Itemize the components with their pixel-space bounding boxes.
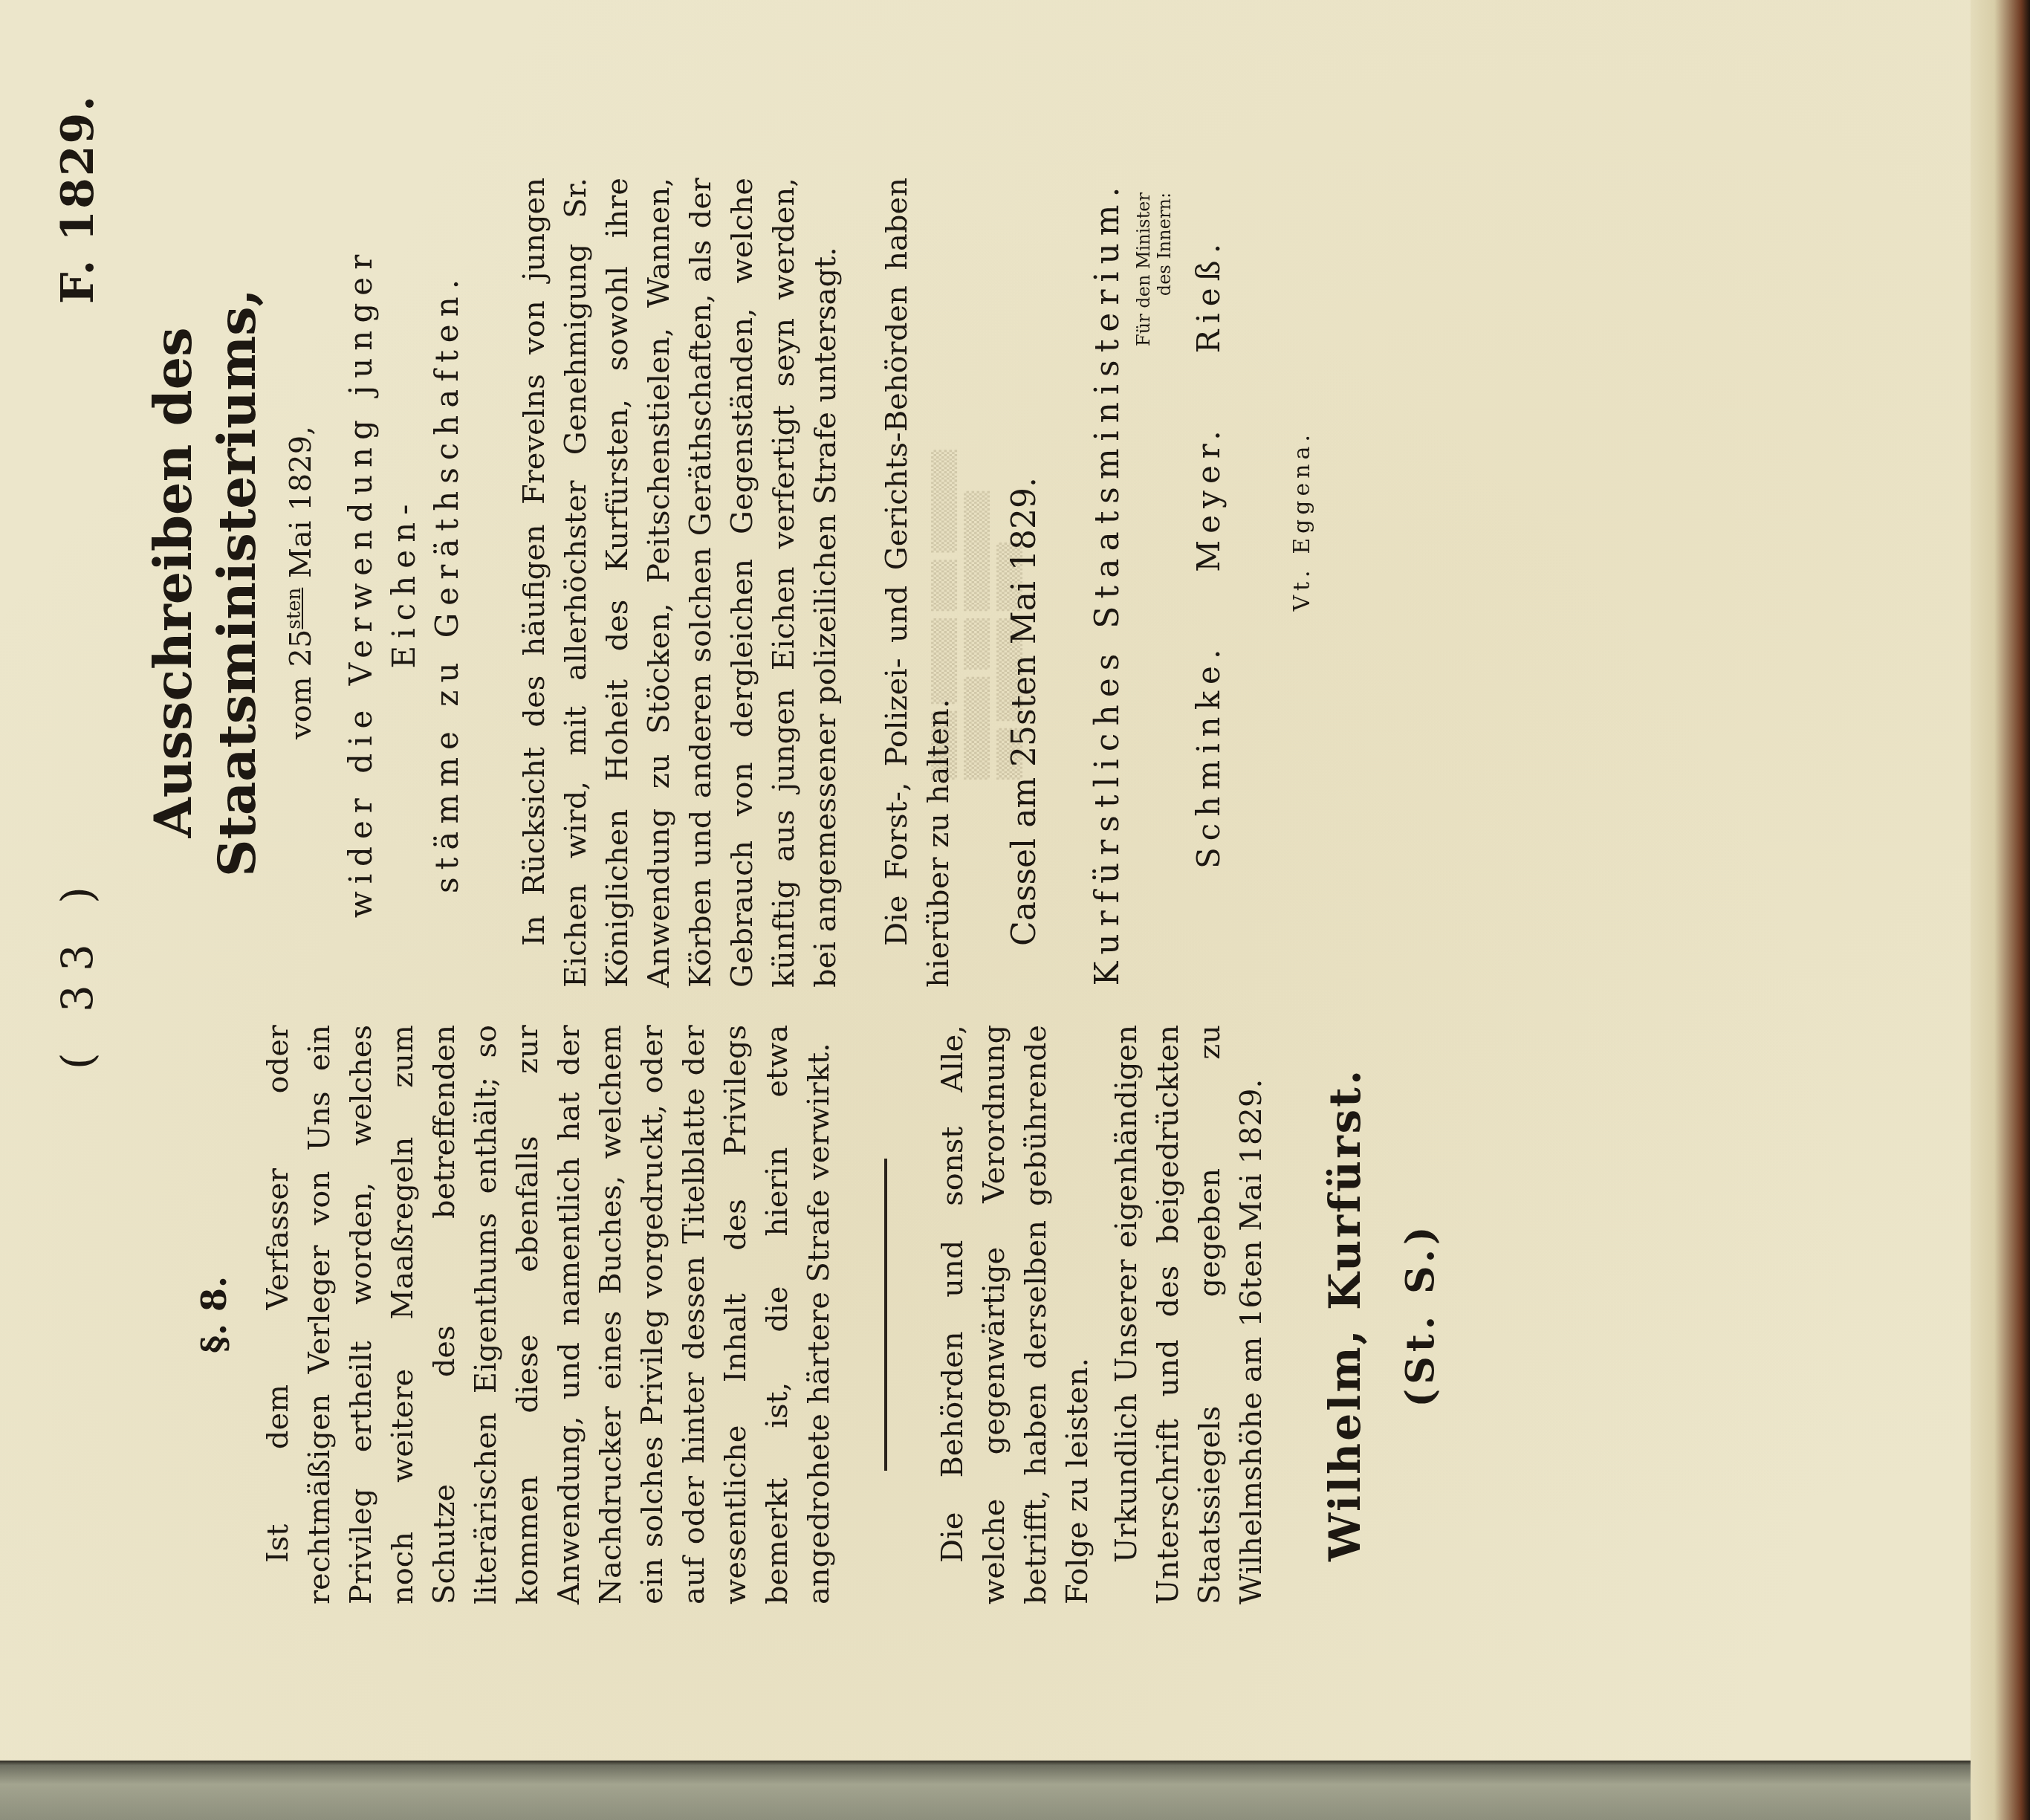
signatory: Schminke. (1188, 643, 1230, 869)
decree-title: Ausschreiben des Staatsministeriums, (141, 178, 269, 988)
decree-body-1: In Rücksicht des häufigen Frevelns von j… (513, 178, 846, 988)
page-number: ( 33 ) (52, 873, 103, 1069)
signatories: Schminke. Meyer. Rieß. (1188, 237, 1230, 869)
state-seal: (St. S.) (1400, 1025, 1442, 1604)
section-heading: §. 8. (193, 1025, 235, 1604)
date-day-suffix: sten (283, 588, 305, 629)
minister-note: Für den Minister des Innern: (1133, 192, 1175, 988)
binding-gutter (0, 1761, 2030, 1820)
page-header: ( 33 ) F. 1829. (52, 0, 119, 1820)
closing-paragraph-2: Urkundlich Unserer eigenhändigen Untersc… (1106, 1025, 1272, 1604)
date-rest: Mai 1829, (284, 426, 318, 578)
section-8-text: Ist dem Verfasser oder rechtmäßigen Verl… (257, 1025, 840, 1604)
place-date: Cassel am 25sten Mai 1829. (1004, 178, 1045, 988)
right-column: Ausschreiben des Staatsministeriums, vom… (111, 178, 1323, 988)
ministry-name: Kurfürstliches Staatsministerium. (1087, 178, 1129, 988)
left-column: §. 8. Ist dem Verfasser oder rechtmäßige… (156, 1025, 1442, 1604)
closing-paragraph-1: Die Behörden und sonst Alle, welche gege… (932, 1025, 1098, 1604)
countersignature: Vt. Eggena. (1282, 430, 1323, 988)
ruler-signature: Wilhelm, Kurfürst. (1324, 1025, 1366, 1604)
minister-note-line-2: des Innern: (1154, 192, 1175, 988)
page-edge (1971, 0, 2030, 1820)
signatory: Meyer. (1188, 424, 1230, 571)
subject-line-1: wider die Verwendung junger Eichen- (340, 178, 426, 988)
year-mark: F. 1829. (52, 94, 104, 304)
subject-line-2: stämme zu Geräthschaften. (426, 178, 469, 988)
section-divider (884, 1159, 887, 1471)
scan-frame: ▒▒▒▒ ▒▒▒▒▒ ▒▒▒ ▒▒▒▒▒▒▒▒▒▒▒▒ ▒▒▒ ▒▒▒▒▒▒▒▒… (0, 0, 2030, 1820)
decree-subject: wider die Verwendung junger Eichen- stäm… (340, 178, 469, 988)
document-page: ▒▒▒▒ ▒▒▒▒▒ ▒▒▒ ▒▒▒▒▒▒▒▒▒▒▒▒ ▒▒▒ ▒▒▒▒▒▒▒▒… (0, 0, 2030, 1820)
date-day: 25 (284, 629, 318, 667)
decree-date: vom 25sten Mai 1829, (273, 178, 322, 988)
date-prefix: vom (284, 676, 318, 739)
minister-note-line-1: Für den Minister (1133, 192, 1154, 988)
signatory: Rieß. (1188, 237, 1230, 353)
decree-body-2: Die Forst-, Polizei- und Gerichts-Behörd… (876, 178, 959, 988)
